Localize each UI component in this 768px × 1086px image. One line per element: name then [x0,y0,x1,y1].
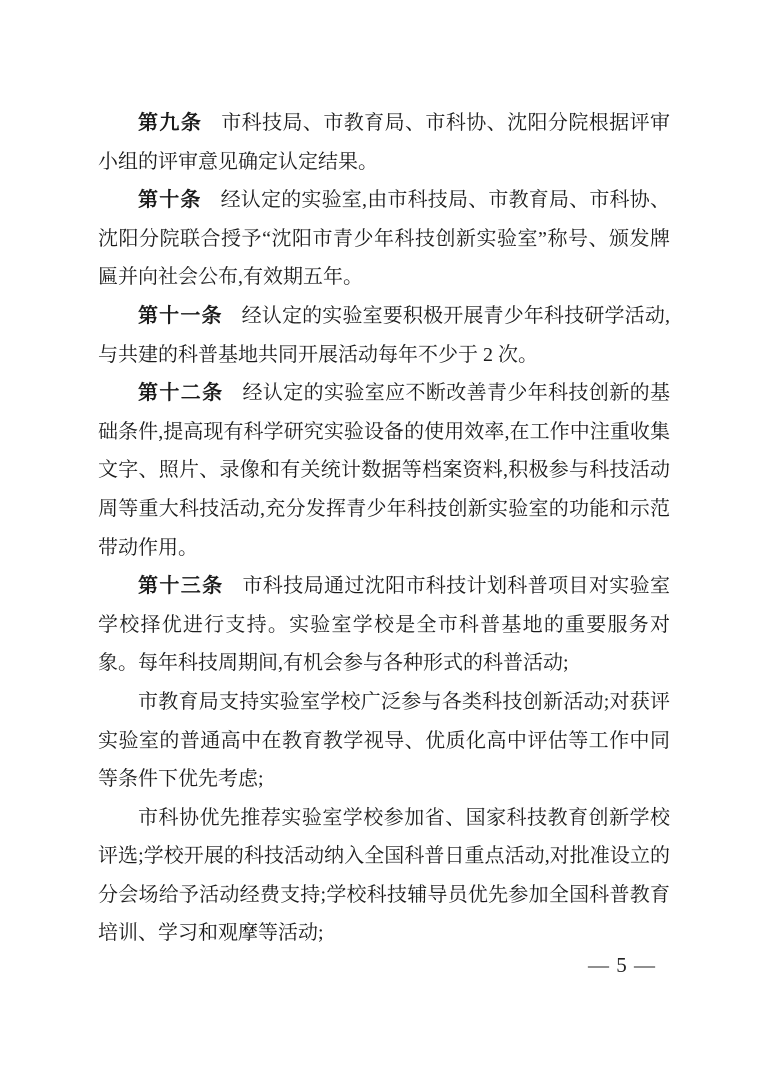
article-number: 第九条 [138,112,202,134]
article-number: 第十三条 [138,575,224,597]
paragraph-article-11: 第十一条经认定的实验室要积极开展青少年科技研学活动,与共建的科普基地共同开展活动… [98,297,670,374]
article-text: 市科协优先推荐实验室学校参加省、国家科技教育创新学校评选;学校开展的科技活动纳入… [98,807,670,945]
paragraph-article-9: 第九条市科技局、市教育局、市科协、沈阳分院根据评审小组的评审意见确定认定结果。 [98,104,670,181]
article-number: 第十一条 [138,305,223,327]
page-number: — 5 — [588,951,656,979]
article-number: 第十条 [138,189,202,211]
article-text: 经认定的实验室应不断改善青少年科技创新的基础条件,提高现有科学研究实验设备的使用… [98,382,670,558]
paragraph-article-10: 第十条经认定的实验室,由市科技局、市教育局、市科协、沈阳分院联合授予“沈阳市青少… [98,181,670,297]
paragraph-science-association-support: 市科协优先推荐实验室学校参加省、国家科技教育创新学校评选;学校开展的科技活动纳入… [98,799,670,953]
paragraph-article-12: 第十二条经认定的实验室应不断改善青少年科技创新的基础条件,提高现有科学研究实验设… [98,374,670,567]
article-text: 市教育局支持实验室学校广泛参与各类科技创新活动;对获评实验室的普通高中在教育教学… [98,691,670,790]
document-body: 第九条市科技局、市教育局、市科协、沈阳分院根据评审小组的评审意见确定认定结果。 … [98,104,670,953]
paragraph-education-bureau-support: 市教育局支持实验室学校广泛参与各类科技创新活动;对获评实验室的普通高中在教育教学… [98,683,670,799]
article-number: 第十二条 [138,382,224,404]
paragraph-article-13: 第十三条市科技局通过沈阳市科技计划科普项目对实验室学校择优进行支持。实验室学校是… [98,567,670,683]
document-page: 第九条市科技局、市教育局、市科协、沈阳分院根据评审小组的评审意见确定认定结果。 … [0,0,768,1086]
